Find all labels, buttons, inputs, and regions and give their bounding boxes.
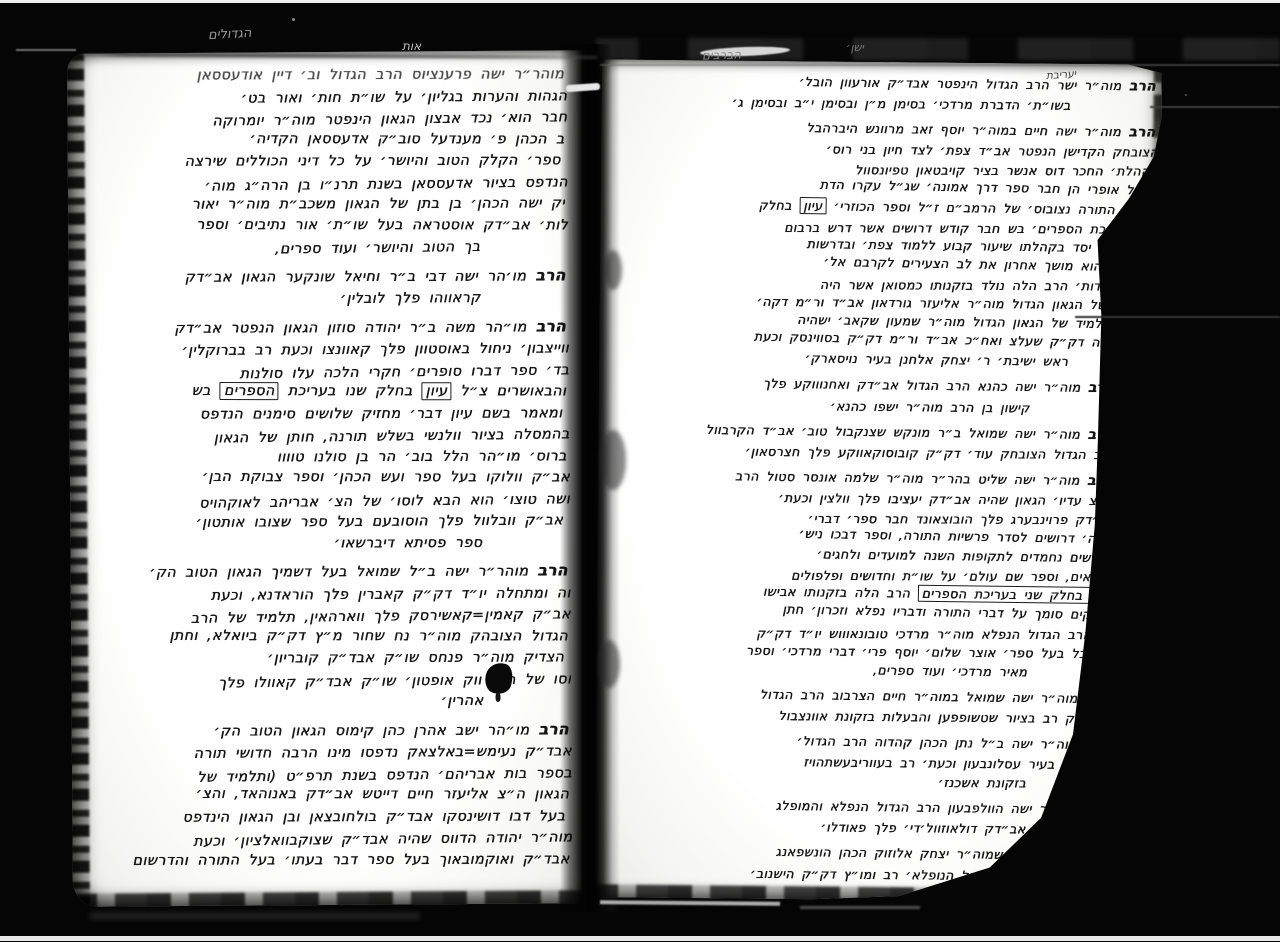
entry-lead-word: הרב [1087,473,1114,489]
entry-lead-word: הרב [1087,426,1114,442]
entry-paragraph: הרב מוה״ר ישה שמואל ב״ר מונקש שצנקבול טו… [604,420,1117,464]
manuscript-line: הדת והיהדות׳ הרב הלה נולד בזקנותו כמסואן… [606,274,1157,296]
manuscript-line: אהרין׳ [80,691,484,714]
entry-paragraph: הרב מוה״ר ישה ב״ל נתן הכהן קהדוה הרב הגד… [601,730,1115,793]
manuscript-line: אב״דק דולאוזוול׳די׳ פלך פאודלו׳ [601,816,1026,839]
manuscript-line: ווייצבון׳ ניחול באוסטוון פלך קאוונצו וכע… [77,338,569,363]
manuscript-line: הגדול הצובהק מוה״ר נח שחור מ״ץ דק״ק ביוא… [79,625,568,647]
manuscript-line: לות׳ אב״דק אוסטראה בעל שו״ת׳ אור נתיבים׳… [76,214,568,236]
manuscript-line: בזקונת אשכנז׳ [601,772,1026,793]
entry-lead-word: הרב [1083,848,1110,864]
left-page-bottom-edge [73,890,595,907]
manuscript-line: אבד״ק ואוקמובאוך בעל ספר דבר בעתו׳ בעל ה… [81,849,570,872]
entry-paragraph: הרב מוה״ר ישה הוולפבעון הרב הגדול הנפלא … [601,796,1114,840]
film-streak [800,906,920,909]
gutter-shadow-blob [600,430,626,490]
manuscript-line: הרב מו״הר משה ב״ר יהודה סוזון הגאון הנפט… [77,316,566,340]
entry-lead-word: הרב [1084,737,1111,753]
entry-paragraph: הרב מו״הר משה ב״ר יהודה סוזון הגאון הנפט… [77,316,571,557]
manuscript-line: אבד״ק נעימש=באלצאק נדפסו מינו הרבה חדושי… [80,741,572,766]
right-page: הרב מוה״ר ישר הרב הגדול הינפטר אבד״ק אור… [594,59,1167,902]
entry-lead-word: הרב [1085,691,1112,707]
film-frame-edge [0,0,1280,3]
manuscript-line: מוהר״ר ישה פרענציוס הרב הגדול וב׳ דיין א… [75,64,564,87]
manuscript-line: קראווהו פלך לובלין׳ [77,288,481,312]
right-page-text: הרב מוה״ר ישר הרב הגדול הינפטר אבד״ק אור… [600,71,1121,893]
entry-paragraph: הרב מו״הר ישב אהרן כהן קימוס הגאון הטוב … [80,719,573,874]
boxed-annotation: הספרים [220,382,279,400]
manuscript-line: ב הכהן פ׳ מענדעל סוב״ק אדעססאן הקדיה׳ [76,128,565,150]
manuscript-line: אב״ק וולוקו בעל ספר ועש הכהן׳ וספר צבוקת… [78,467,570,489]
boxed-annotation: עיון [799,197,826,214]
manuscript-line: והבאושרים צ״ל עיון בחלק שנו בעריכת הספרי… [77,381,566,403]
manuscript-line: הגהות והערות בגליון׳ על שו״ת חות׳ ואור ב… [75,86,567,111]
manuscript-line: בך הטוב והיושר׳ ועוד ספרים, [76,237,480,263]
manuscript-line: הרב מו״הר ישב אהרן כהן קימוס הגאון הטוב … [80,719,569,743]
header-scribble: אות [402,39,421,53]
header-scribble: הגדולים [208,26,252,43]
film-streak [600,900,780,906]
manuscript-photo: מוהר״ר ישה פרענציוס הרב הגדול וב׳ דיין א… [0,0,1280,942]
manuscript-line: ספר פסיתא דיברשאו׳ [78,532,482,555]
manuscript-line: הרב מוהר״ר ישה ב״ל שמואל בעל דשמיך הגאון… [79,560,568,584]
entry-lead-word: הרב [1128,124,1155,140]
header-scribble: יעריבת [1046,68,1077,82]
manuscript-line: ספר׳ הקלק הטוב והיושר׳ על כל דיני הכוללי… [76,150,561,173]
manuscript-line: יק ישה הכהן׳ בן בתן של הגאון משכב״ת מוה״… [76,193,565,216]
manuscript-line: הרב מו׳הר ישה דבי ב״ר וחיאל שונקער הגאון… [77,265,566,289]
scratch-line [1150,106,1280,108]
manuscript-line: ומאמר בשם עיון דבר׳ מחזיק שלושים סימנים … [78,403,563,426]
ink-blot-drip [496,693,501,702]
entry-paragraph: מוהר״ר ישה פרענציוס הרב הגדול וב׳ דיין א… [75,64,568,261]
entry-paragraph: הרב מו׳הר ישה דבי ב״ר וחיאל שונקער הגאון… [77,265,569,312]
manuscript-line: בעל דבו דושינסקו אבד״ק בולחובצאן ובן הגא… [80,806,565,829]
gutter-shadow-blob [598,640,620,688]
manuscript-line: קישון בן הרב מוה״ר ישפו כהנא׳ [605,394,1030,417]
dust-speck [292,18,295,21]
entry-paragraph: הרב מוה״ר ישה שמוה״ר יצחק אלוזוק הכהן הו… [600,842,1113,886]
manuscript-line: בשו״ת׳ הדברת מרדכי׳ בסימן מ״ן ובסימן י״ב… [608,91,1071,115]
scratch-line [16,49,76,51]
entry-paragraph: הרב מוה״ר ישה חיים במוה״ר יוסף זאב מרוונ… [605,118,1158,372]
boxed-annotation: עיון [422,382,452,400]
gutter-shadow-blob [604,250,622,290]
entry-lead-word: הרב [1129,78,1156,94]
left-page: מוהר״ר ישה פרענציוס הרב הגדול וב׳ דיין א… [67,50,595,907]
entry-paragraph: הרב מוה״ר ישה כהנא הרב הגדול אב״דק ואחנו… [605,374,1118,418]
film-frame-edge [0,936,1280,941]
right-page-torn-edge [1146,65,1167,903]
film-streak [90,912,420,920]
entry-lead-word: הרב [1088,380,1115,396]
manuscript-line: הרב הגדול הנופלא׳ רב ומו״ץ דק״ק הישנוב׳ [600,862,1025,885]
entry-paragraph: הרב מוה״ר ישה שליט בהר״ר מוה״ר שלמה אונס… [602,466,1117,682]
manuscript-line: הגאון ה״צ אליעזר חיים דייטש אב״דק באנוהא… [80,784,569,806]
manuscript-line: ברוס׳ מו״הר הלל בוב׳ הר בן סולנו טוווו [78,446,567,469]
header-scribble: ישן׳ [846,41,864,54]
entry-paragraph: הרב מוה״ר ישה שמואל במוה״ר חיים הצרבוב ה… [602,684,1115,728]
manuscript-line: וה ומתחלה יו״ד דק״ק קאברין פלך הוראדנא, … [79,583,571,608]
dust-speck [1185,94,1187,96]
header-scribble: הברבים [702,47,742,62]
scratch-line [1075,316,1280,318]
left-page-text: מוהר״ר ישה פרענציוס הרב הגדול וב׳ דיין א… [75,64,573,880]
manuscript-line: של הרב הגדול הנפלא מוה״ר מרדכי טובונאווו… [602,622,1115,644]
film-noise-band [596,38,1280,60]
entry-lead-word: הרב [1084,802,1111,818]
